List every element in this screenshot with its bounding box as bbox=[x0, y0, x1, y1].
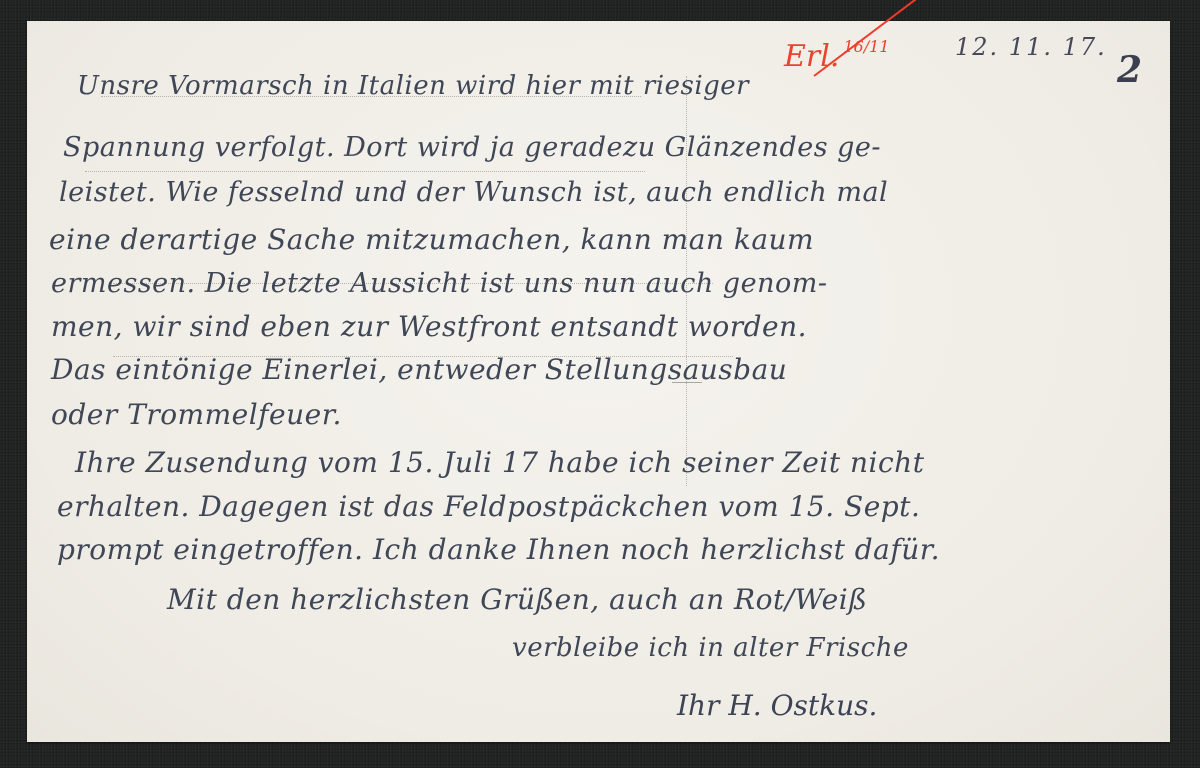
body-line: leistet. Wie fesselnd und der Wunsch ist… bbox=[59, 179, 888, 206]
signature: Ihr H. Ostkus. bbox=[677, 689, 877, 722]
body-line: men, wir sind eben zur Westfront entsand… bbox=[51, 313, 807, 341]
body-line: Ihre Zusendung vom 15. Juli 17 habe ich … bbox=[75, 449, 924, 477]
letter-date: 12. 11. 17. bbox=[955, 33, 1107, 61]
body-line: eine derartige Sache mitzumachen, kann m… bbox=[49, 226, 814, 254]
postcard: Erl.16/11 12. 11. 17. 2 Unsre Vormarsch … bbox=[27, 21, 1170, 742]
body-line: oder Trommelfeuer. bbox=[51, 401, 342, 429]
closing-line: Mit den herzlichsten Grüßen, auch an Rot… bbox=[167, 586, 867, 614]
red-annotation-text: Erl. bbox=[784, 39, 839, 74]
body-line: Spannung verfolgt. Dort wird ja geradezu… bbox=[63, 134, 881, 161]
body-line: Das eintönige Einerlei, entweder Stellun… bbox=[51, 356, 787, 384]
body-line: ermessen. Die letzte Aussicht ist uns nu… bbox=[51, 270, 827, 297]
body-line: prompt eingetroffen. Ich danke Ihnen noc… bbox=[57, 536, 940, 564]
page-number: 2 bbox=[1117, 49, 1142, 91]
guide-line bbox=[85, 171, 645, 172]
body-line: erhalten. Dagegen ist das Feldpostpäckch… bbox=[57, 493, 920, 521]
body-line: Unsre Vormarsch in Italien wird hier mit… bbox=[77, 73, 749, 99]
closing-line: verbleibe ich in alter Frische bbox=[512, 635, 909, 661]
